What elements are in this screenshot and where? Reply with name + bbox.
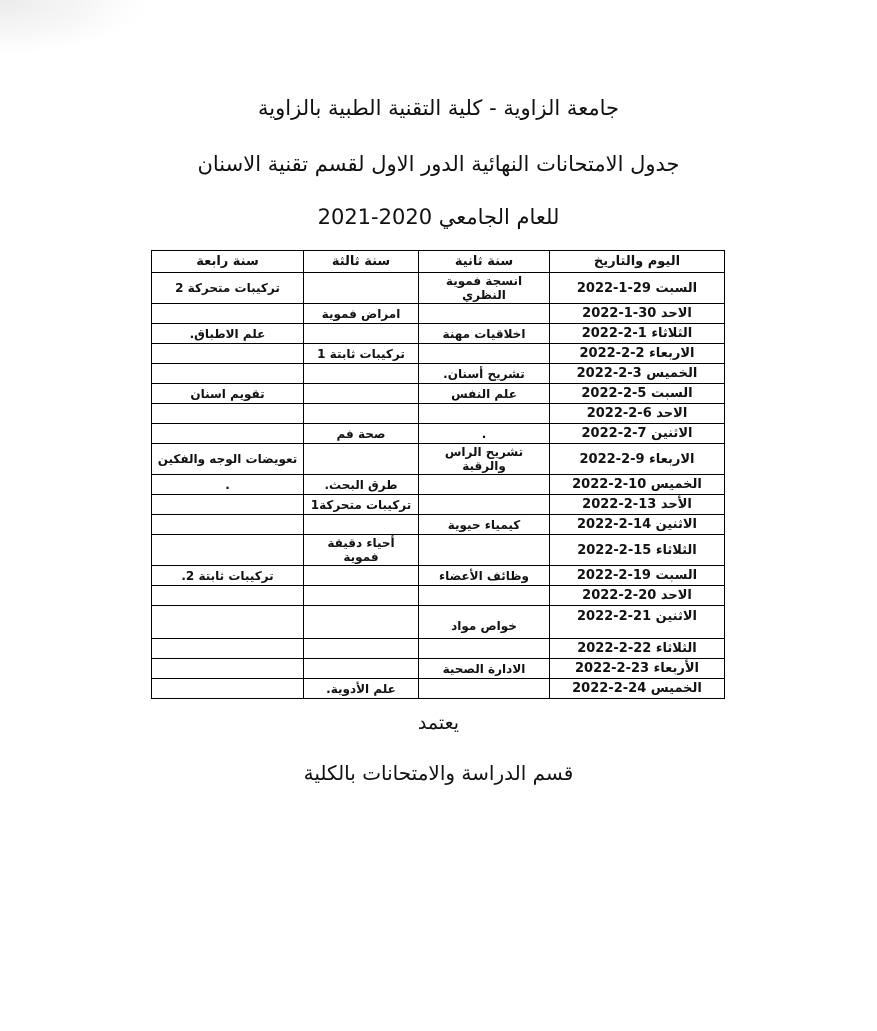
subject-cell-year-four: علم الاطباق. [152,324,304,344]
subject-cell-year-two: خواص مواد [419,606,550,639]
day-date-cell: الثلاثاء 2022-2-15 [550,535,725,566]
day-date-cell: الثلاثاء 2022-2-22 [550,639,725,659]
subject-cell-year-two: علم النفس [419,384,550,404]
subject-cell-year-two [419,586,550,606]
table-row: الخميس 2022-2-3تشريح أسنان. [152,364,725,384]
subject-cell-year-three [304,384,419,404]
academic-year-title: للعام الجامعي 2021-2020 [0,205,877,229]
column-header-year-two: سنة ثانية [419,251,550,273]
exam-table-body: السبت 2022-1-29انسجة فموية النظريتركيبات… [152,273,725,699]
date-value: 2022-2-3 [577,366,642,381]
table-header-row: اليوم والتاريخ سنة ثانية سنة ثالثة سنة ر… [152,251,725,273]
table-row: الثلاثاء 2022-2-22 [152,639,725,659]
table-row: الاحد 2022-2-20 [152,586,725,606]
subject-cell-year-four [152,639,304,659]
table-row: الثلاثاء 2022-2-1اخلاقيات مهنةعلم الاطبا… [152,324,725,344]
subject-cell-year-three [304,324,419,344]
day-date-cell: السبت 2022-2-19 [550,566,725,586]
date-value: 2022-2-10 [572,477,646,492]
day-date-cell: الاحد 2022-2-20 [550,586,725,606]
date-value: 2022-1-29 [577,281,651,296]
subject-cell-year-three: صحة فم [304,424,419,444]
day-name: الاثنين [651,426,692,441]
table-row: الاربعاء 2022-2-2تركيبات ثابتة 1 [152,344,725,364]
subject-cell-year-four [152,535,304,566]
subject-cell-year-four: تركيبات متحركة 2 [152,273,304,304]
university-title: جامعة الزاوية - كلية التقنية الطبية بالز… [0,96,877,120]
day-name: الاربعاء [649,452,694,467]
subject-cell-year-three: علم الأدوية. [304,679,419,699]
subject-cell-year-two: وظائف الأعضاء [419,566,550,586]
subject-cell-year-three [304,404,419,424]
subject-cell-year-three [304,639,419,659]
table-row: الاربعاء 2022-2-9تشريح الراس والرقبةتعوي… [152,444,725,475]
subject-cell-year-three [304,515,419,535]
subject-cell-year-two [419,535,550,566]
table-row: الاحد 2022-2-6 [152,404,725,424]
subject-cell-year-four [152,364,304,384]
day-name: الخميس [651,681,702,696]
table-row: الاحد 2022-1-30امراض فموية [152,304,725,324]
day-name: الاحد [656,406,687,421]
day-date-cell: الاربعاء 2022-2-9 [550,444,725,475]
day-name: الاثنين [656,609,697,624]
subject-cell-year-two: تشريح أسنان. [419,364,550,384]
date-value: 2022-2-14 [577,517,651,532]
subject-cell-year-four [152,424,304,444]
subject-cell-year-two: كيمياء حيوية [419,515,550,535]
subject-cell-year-three [304,566,419,586]
day-name: الاحد [661,306,692,321]
day-date-cell: الاثنين 2022-2-14 [550,515,725,535]
subject-cell-year-two: . [419,424,550,444]
day-name: الاثنين [656,517,697,532]
date-value: 2022-2-1 [582,326,647,341]
column-header-year-three: سنة ثالثة [304,251,419,273]
day-date-cell: السبت 2022-2-5 [550,384,725,404]
day-date-cell: الخميس 2022-2-24 [550,679,725,699]
day-name: السبت [656,568,698,583]
exam-schedule-table: اليوم والتاريخ سنة ثانية سنة ثالثة سنة ر… [151,250,725,699]
day-date-cell: الأحد 2022-2-13 [550,495,725,515]
subject-cell-year-two [419,475,550,495]
table-row: السبت 2022-2-19وظائف الأعضاءتركيبات ثابت… [152,566,725,586]
subject-cell-year-four [152,404,304,424]
subject-cell-year-two [419,304,550,324]
day-name: الثلاثاء [656,543,697,558]
day-date-cell: الاحد 2022-2-6 [550,404,725,424]
column-header-day-date: اليوم والتاريخ [550,251,725,273]
day-date-cell: الاحد 2022-1-30 [550,304,725,324]
subject-cell-year-four [152,304,304,324]
subject-cell-year-two [419,495,550,515]
subject-cell-year-four [152,679,304,699]
day-date-cell: الخميس 2022-2-3 [550,364,725,384]
subject-cell-year-three: طرق البحث. [304,475,419,495]
table-row: الخميس 2022-2-24علم الأدوية. [152,679,725,699]
subject-cell-year-three [304,444,419,475]
academic-year-value: 2021-2020 [318,205,432,229]
subject-cell-year-four: تقويم اسنان [152,384,304,404]
subject-cell-year-two [419,404,550,424]
day-name: الأربعاء [654,661,699,676]
schedule-title: جدول الامتحانات النهائية الدور الاول لقس… [0,152,877,176]
table-row: السبت 2022-2-5علم النفستقويم اسنان [152,384,725,404]
date-value: 2022-2-13 [582,497,656,512]
day-name: الأحد [661,497,692,512]
subject-cell-year-three [304,606,419,639]
table-row: السبت 2022-1-29انسجة فموية النظريتركيبات… [152,273,725,304]
day-date-cell: الثلاثاء 2022-2-1 [550,324,725,344]
subject-cell-year-three: أحياء دقيقة فموية [304,535,419,566]
date-value: 2022-2-23 [575,661,649,676]
date-value: 2022-2-19 [577,568,651,583]
subject-cell-year-four: تعويضات الوجه والفكين [152,444,304,475]
subject-cell-year-two [419,679,550,699]
day-name: الاحد [661,588,692,603]
subject-cell-year-three [304,659,419,679]
subject-cell-year-four [152,495,304,515]
date-value: 2022-2-24 [572,681,646,696]
day-name: السبت [656,281,698,296]
subject-cell-year-three [304,586,419,606]
day-date-cell: السبت 2022-1-29 [550,273,725,304]
subject-cell-year-four: تركيبات ثابتة 2. [152,566,304,586]
date-value: 2022-1-30 [582,306,656,321]
table-row: الثلاثاء 2022-2-15أحياء دقيقة فموية [152,535,725,566]
subject-cell-year-four [152,344,304,364]
subject-cell-year-three: امراض فموية [304,304,419,324]
subject-cell-year-four [152,586,304,606]
subject-cell-year-four [152,515,304,535]
subject-cell-year-four [152,606,304,639]
subject-cell-year-two [419,639,550,659]
date-value: 2022-2-20 [582,588,656,603]
academic-year-label: للعام الجامعي [439,205,560,229]
approval-label: يعتمد [0,712,877,734]
subject-cell-year-three [304,364,419,384]
day-date-cell: الاربعاء 2022-2-2 [550,344,725,364]
table-row: الخميس 2022-2-10طرق البحث.. [152,475,725,495]
column-header-year-four: سنة رابعة [152,251,304,273]
subject-cell-year-two: انسجة فموية النظري [419,273,550,304]
table-row: الاثنين 2022-2-14كيمياء حيوية [152,515,725,535]
day-date-cell: الخميس 2022-2-10 [550,475,725,495]
day-name: الخميس [646,366,697,381]
subject-cell-year-two [419,344,550,364]
subject-cell-year-three: تركيبات ثابتة 1 [304,344,419,364]
day-name: السبت [651,386,693,401]
subject-cell-year-two: الادارة الصحية [419,659,550,679]
department-signature: قسم الدراسة والامتحانات بالكلية [0,761,877,785]
subject-cell-year-three [304,273,419,304]
subject-cell-year-three: تركيبات متحركة1 [304,495,419,515]
day-name: الثلاثاء [651,326,692,341]
subject-cell-year-two: تشريح الراس والرقبة [419,444,550,475]
table-row: الاثنين 2022-2-21خواص مواد [152,606,725,639]
date-value: 2022-2-9 [580,452,645,467]
date-value: 2022-2-21 [577,609,651,624]
day-name: الخميس [651,477,702,492]
subject-cell-year-four [152,659,304,679]
day-date-cell: الأربعاء 2022-2-23 [550,659,725,679]
day-date-cell: الاثنين 2022-2-21 [550,606,725,639]
subject-cell-year-four: . [152,475,304,495]
subject-cell-year-two: اخلاقيات مهنة [419,324,550,344]
date-value: 2022-2-6 [587,406,652,421]
day-name: الاربعاء [649,346,694,361]
date-value: 2022-2-15 [577,543,651,558]
date-value: 2022-2-22 [577,641,651,656]
table-row: الأحد 2022-2-13تركيبات متحركة1 [152,495,725,515]
document-page: جامعة الزاوية - كلية التقنية الطبية بالز… [0,0,877,1031]
date-value: 2022-2-5 [581,386,646,401]
day-name: الثلاثاء [656,641,697,656]
date-value: 2022-2-7 [582,426,647,441]
date-value: 2022-2-2 [580,346,645,361]
day-date-cell: الاثنين 2022-2-7 [550,424,725,444]
table-row: الأربعاء 2022-2-23الادارة الصحية [152,659,725,679]
table-row: الاثنين 2022-2-7.صحة فم [152,424,725,444]
